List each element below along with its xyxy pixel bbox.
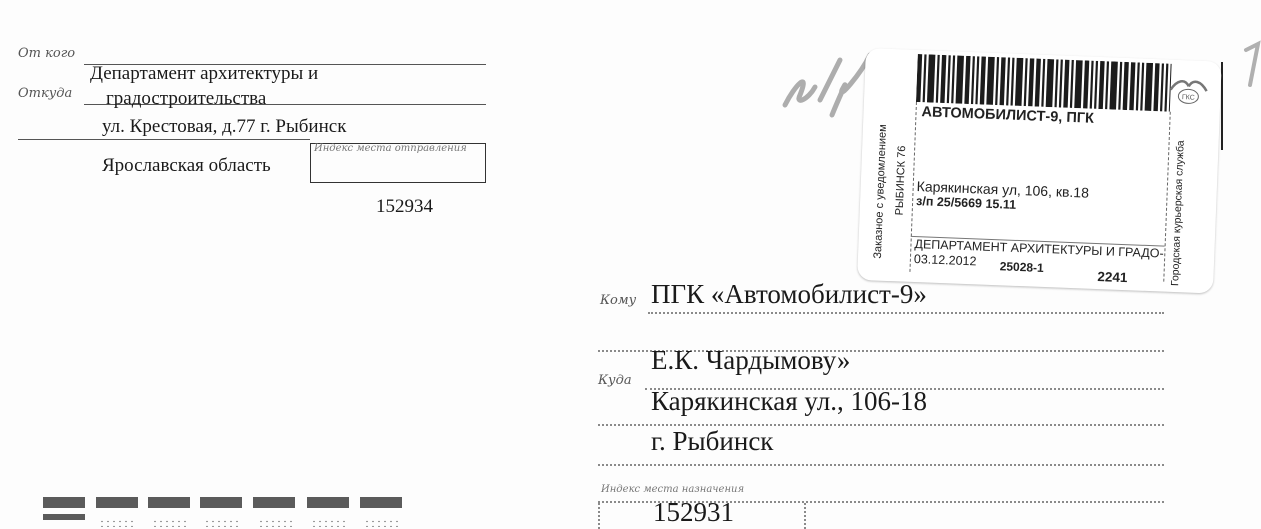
index-box-right: [804, 503, 806, 529]
from-label: От кого: [18, 46, 75, 61]
where-label: Откуда: [18, 86, 72, 101]
recipient-index-value: 152931: [653, 497, 734, 528]
sender-index-value: 152934: [376, 196, 433, 218]
svg-text:ГКС: ГКС: [1182, 94, 1195, 101]
where-to-label: Куда: [598, 373, 632, 388]
stencil-digit-dots: [99, 519, 135, 527]
sender-line-3: ул. Крестовая, д.77 г. Рыбинск: [102, 116, 346, 138]
recipient-line-3: г. Рыбинск: [651, 426, 773, 457]
stencil-digit-box: [360, 497, 402, 508]
sender-line-4: Ярославская область: [102, 155, 271, 177]
label-order: з/п 25/5669 15.11: [916, 194, 1016, 212]
courier-label: ГКС АВТОМОБИЛИСТ-9, ПГК Карякинская ул, …: [857, 48, 1222, 293]
to-label: Кому: [600, 293, 636, 308]
stencil-digit-box: [96, 497, 138, 508]
recipient-name: ПГК «Автомобилист-9»: [651, 279, 927, 310]
to-line: [648, 312, 1164, 314]
label-courier-service: Городская курьерская служба: [1169, 140, 1187, 286]
barcode-icon: [916, 54, 1172, 112]
label-date: 03.12.2012: [914, 252, 977, 268]
stencil-digit-dots: [204, 519, 240, 527]
corner-mark-icon: [1240, 40, 1261, 90]
stencil-digit-box: [253, 497, 295, 508]
stencil-digit-dots: [258, 519, 294, 527]
sender-line-2: градостроительства: [106, 88, 266, 110]
sender-line-1: Департамент архитектуры и: [90, 63, 318, 85]
label-registered-text: Заказное с уведомлением: [872, 124, 889, 259]
index-box-left: [598, 503, 600, 529]
envelope-edge-mark: [1221, 62, 1223, 150]
stencil-underline: [43, 514, 85, 520]
stencil-bar: [43, 497, 85, 508]
sender-index-box: Индекс места отправления: [310, 143, 486, 183]
label-batch: 25028-1: [999, 259, 1044, 275]
stencil-digit-box: [200, 497, 242, 508]
stencil-digit-box: [148, 497, 190, 508]
address-line-4: [598, 464, 1164, 466]
recipient-line-2: Карякинская ул., 106-18: [651, 386, 927, 417]
courier-logo-icon: ГКС: [1168, 76, 1209, 112]
label-number: 2241: [1097, 269, 1128, 285]
sender-index-label: Индекс места отправления: [314, 143, 467, 154]
recipient-line-1: Е.К. Чардымову»: [651, 345, 850, 376]
stencil-digit-box: [307, 497, 349, 508]
address-line: [18, 139, 310, 140]
stencil-digit-dots: [311, 519, 347, 527]
recipient-index-label: Индекс места назначения: [601, 484, 744, 495]
stencil-digit-dots: [152, 519, 188, 527]
stencil-digit-dots: [364, 519, 400, 527]
label-city-code: РЫБИНСК 76: [894, 145, 909, 215]
